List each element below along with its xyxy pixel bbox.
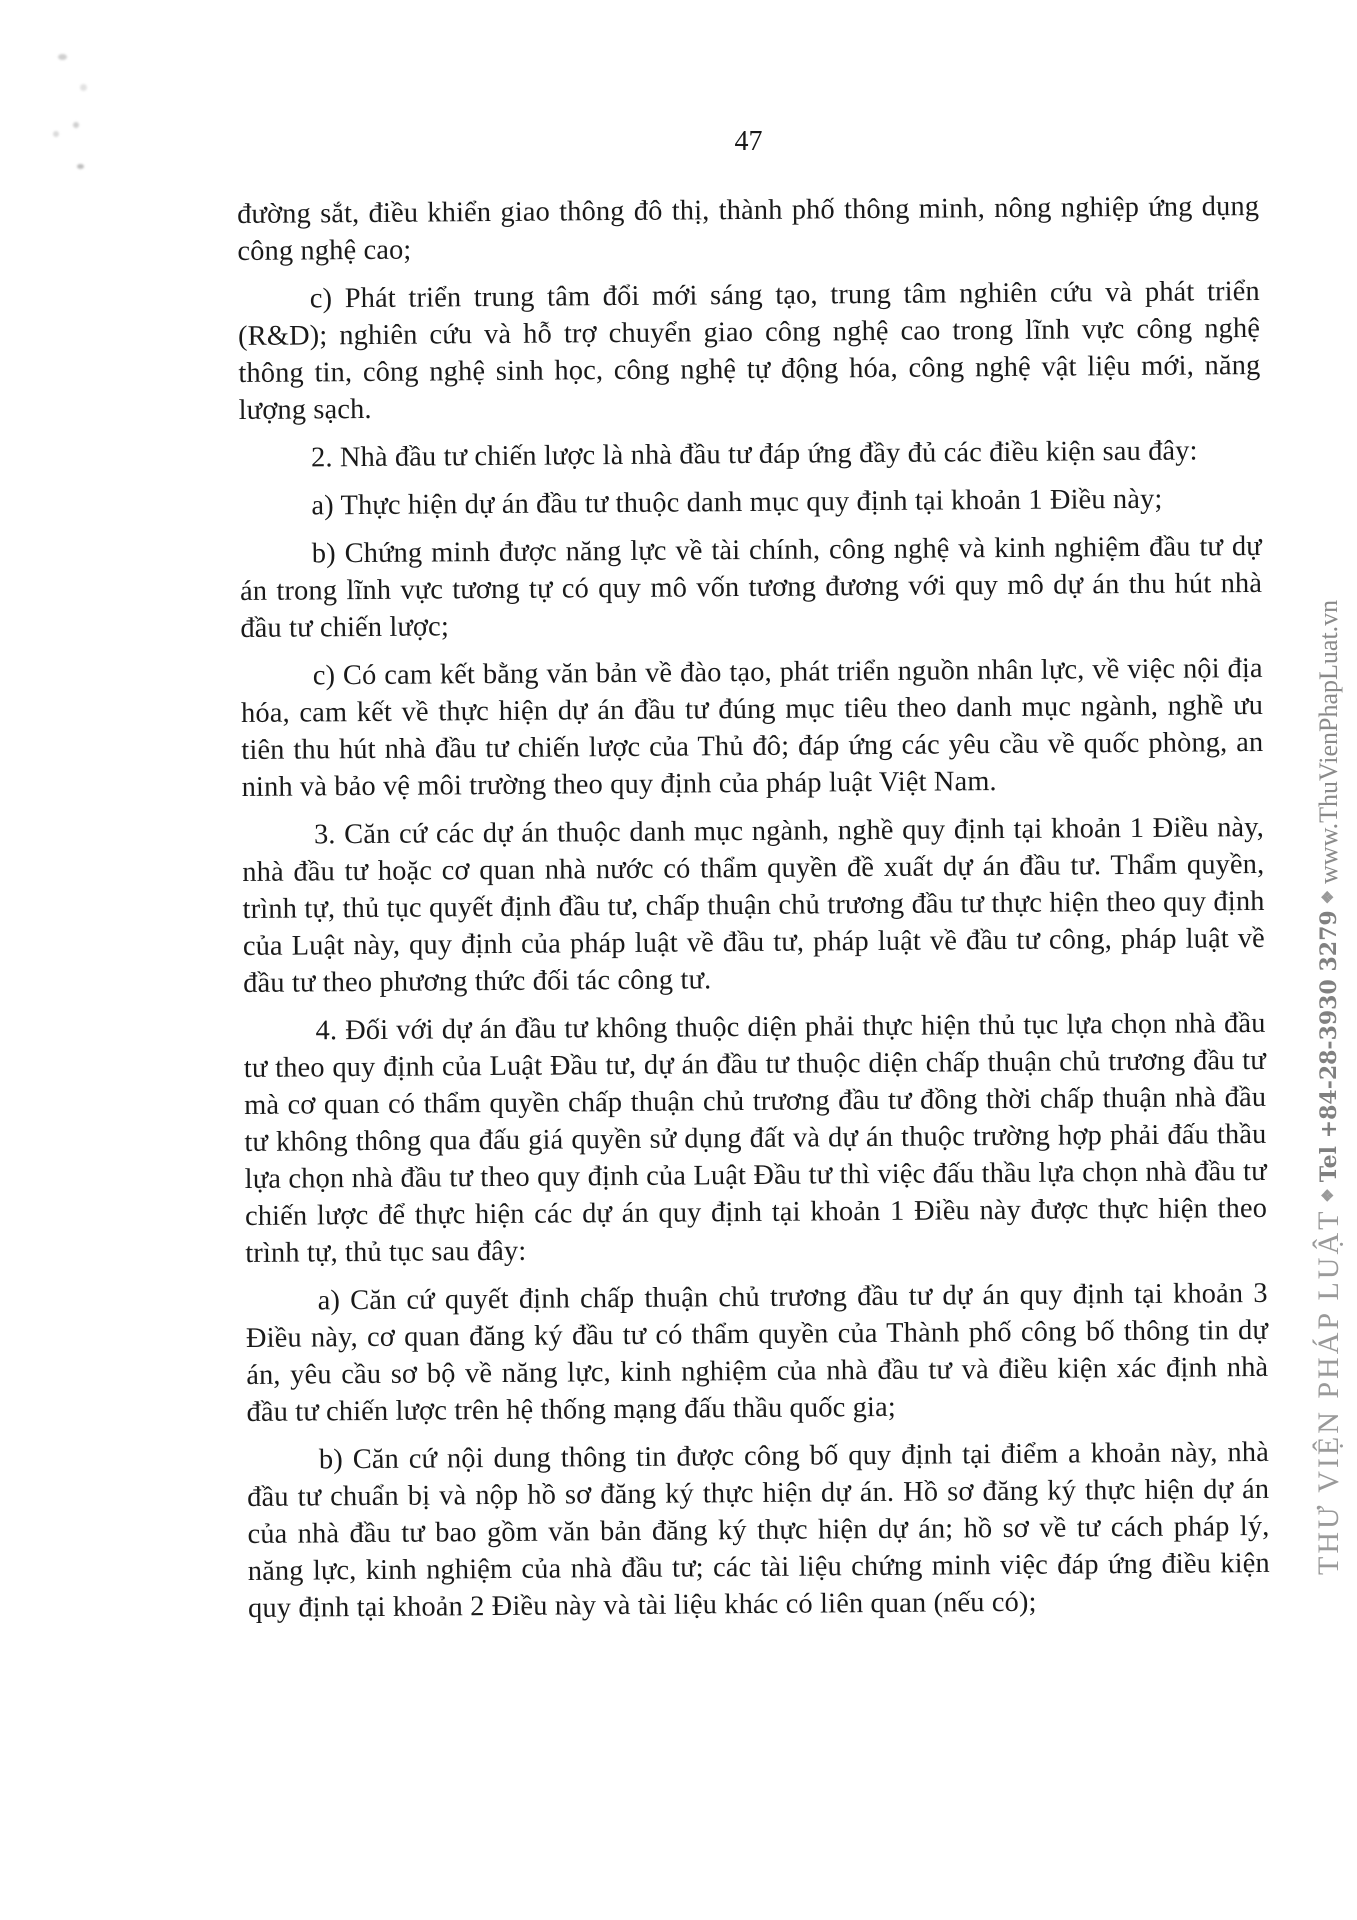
paragraph-clause-4: 4. Đối với dự án đầu tư không thuộc diện… <box>243 1005 1267 1272</box>
scan-speck <box>58 54 67 60</box>
scan-speck <box>80 84 87 91</box>
paragraph-clause-2b: b) Chứng minh được năng lực về tài chính… <box>240 528 1263 647</box>
paragraph-clause-4b: b) Căn cứ nội dung thông tin được công b… <box>247 1434 1270 1627</box>
watermark-separator-icon: ❖ <box>1309 1188 1349 1202</box>
watermark-url: www.ThuVienPhapLuat.vn <box>1309 600 1349 884</box>
watermark-separator-icon: ❖ <box>1309 890 1349 904</box>
paragraph-clause-4a: a) Căn cứ quyết định chấp thuận chủ trươ… <box>246 1275 1269 1431</box>
paragraph-clause-2a: a) Thực hiện dự án đầu tư thuộc danh mục… <box>239 480 1261 525</box>
paragraph-clause-3: 3. Căn cứ các dự án thuộc danh mục ngành… <box>242 809 1265 1002</box>
page-number: 47 <box>0 124 1357 160</box>
watermark-brand: THƯ VIỆN PHÁP LUẬT <box>1309 1209 1349 1575</box>
document-body: đường sắt, điều khiển giao thông đô thị,… <box>237 188 1270 1638</box>
paragraph-clause-2c: c) Có cam kết bằng văn bản về đào tạo, p… <box>241 650 1264 806</box>
paragraph-item-c-rnd: c) Phát triển trung tâm đổi mới sáng tạo… <box>238 273 1261 429</box>
watermark-phone: Tel +84-28-3930 3279 <box>1309 910 1349 1182</box>
paragraph-continuation: đường sắt, điều khiển giao thông đô thị,… <box>237 188 1260 270</box>
paragraph-clause-2: 2. Nhà đầu tư chiến lược là nhà đầu tư đ… <box>239 432 1261 477</box>
scan-speck <box>77 164 84 169</box>
side-watermark: THƯ VIỆN PHÁP LUẬT ❖ Tel +84-28-3930 327… <box>1309 405 1349 1575</box>
